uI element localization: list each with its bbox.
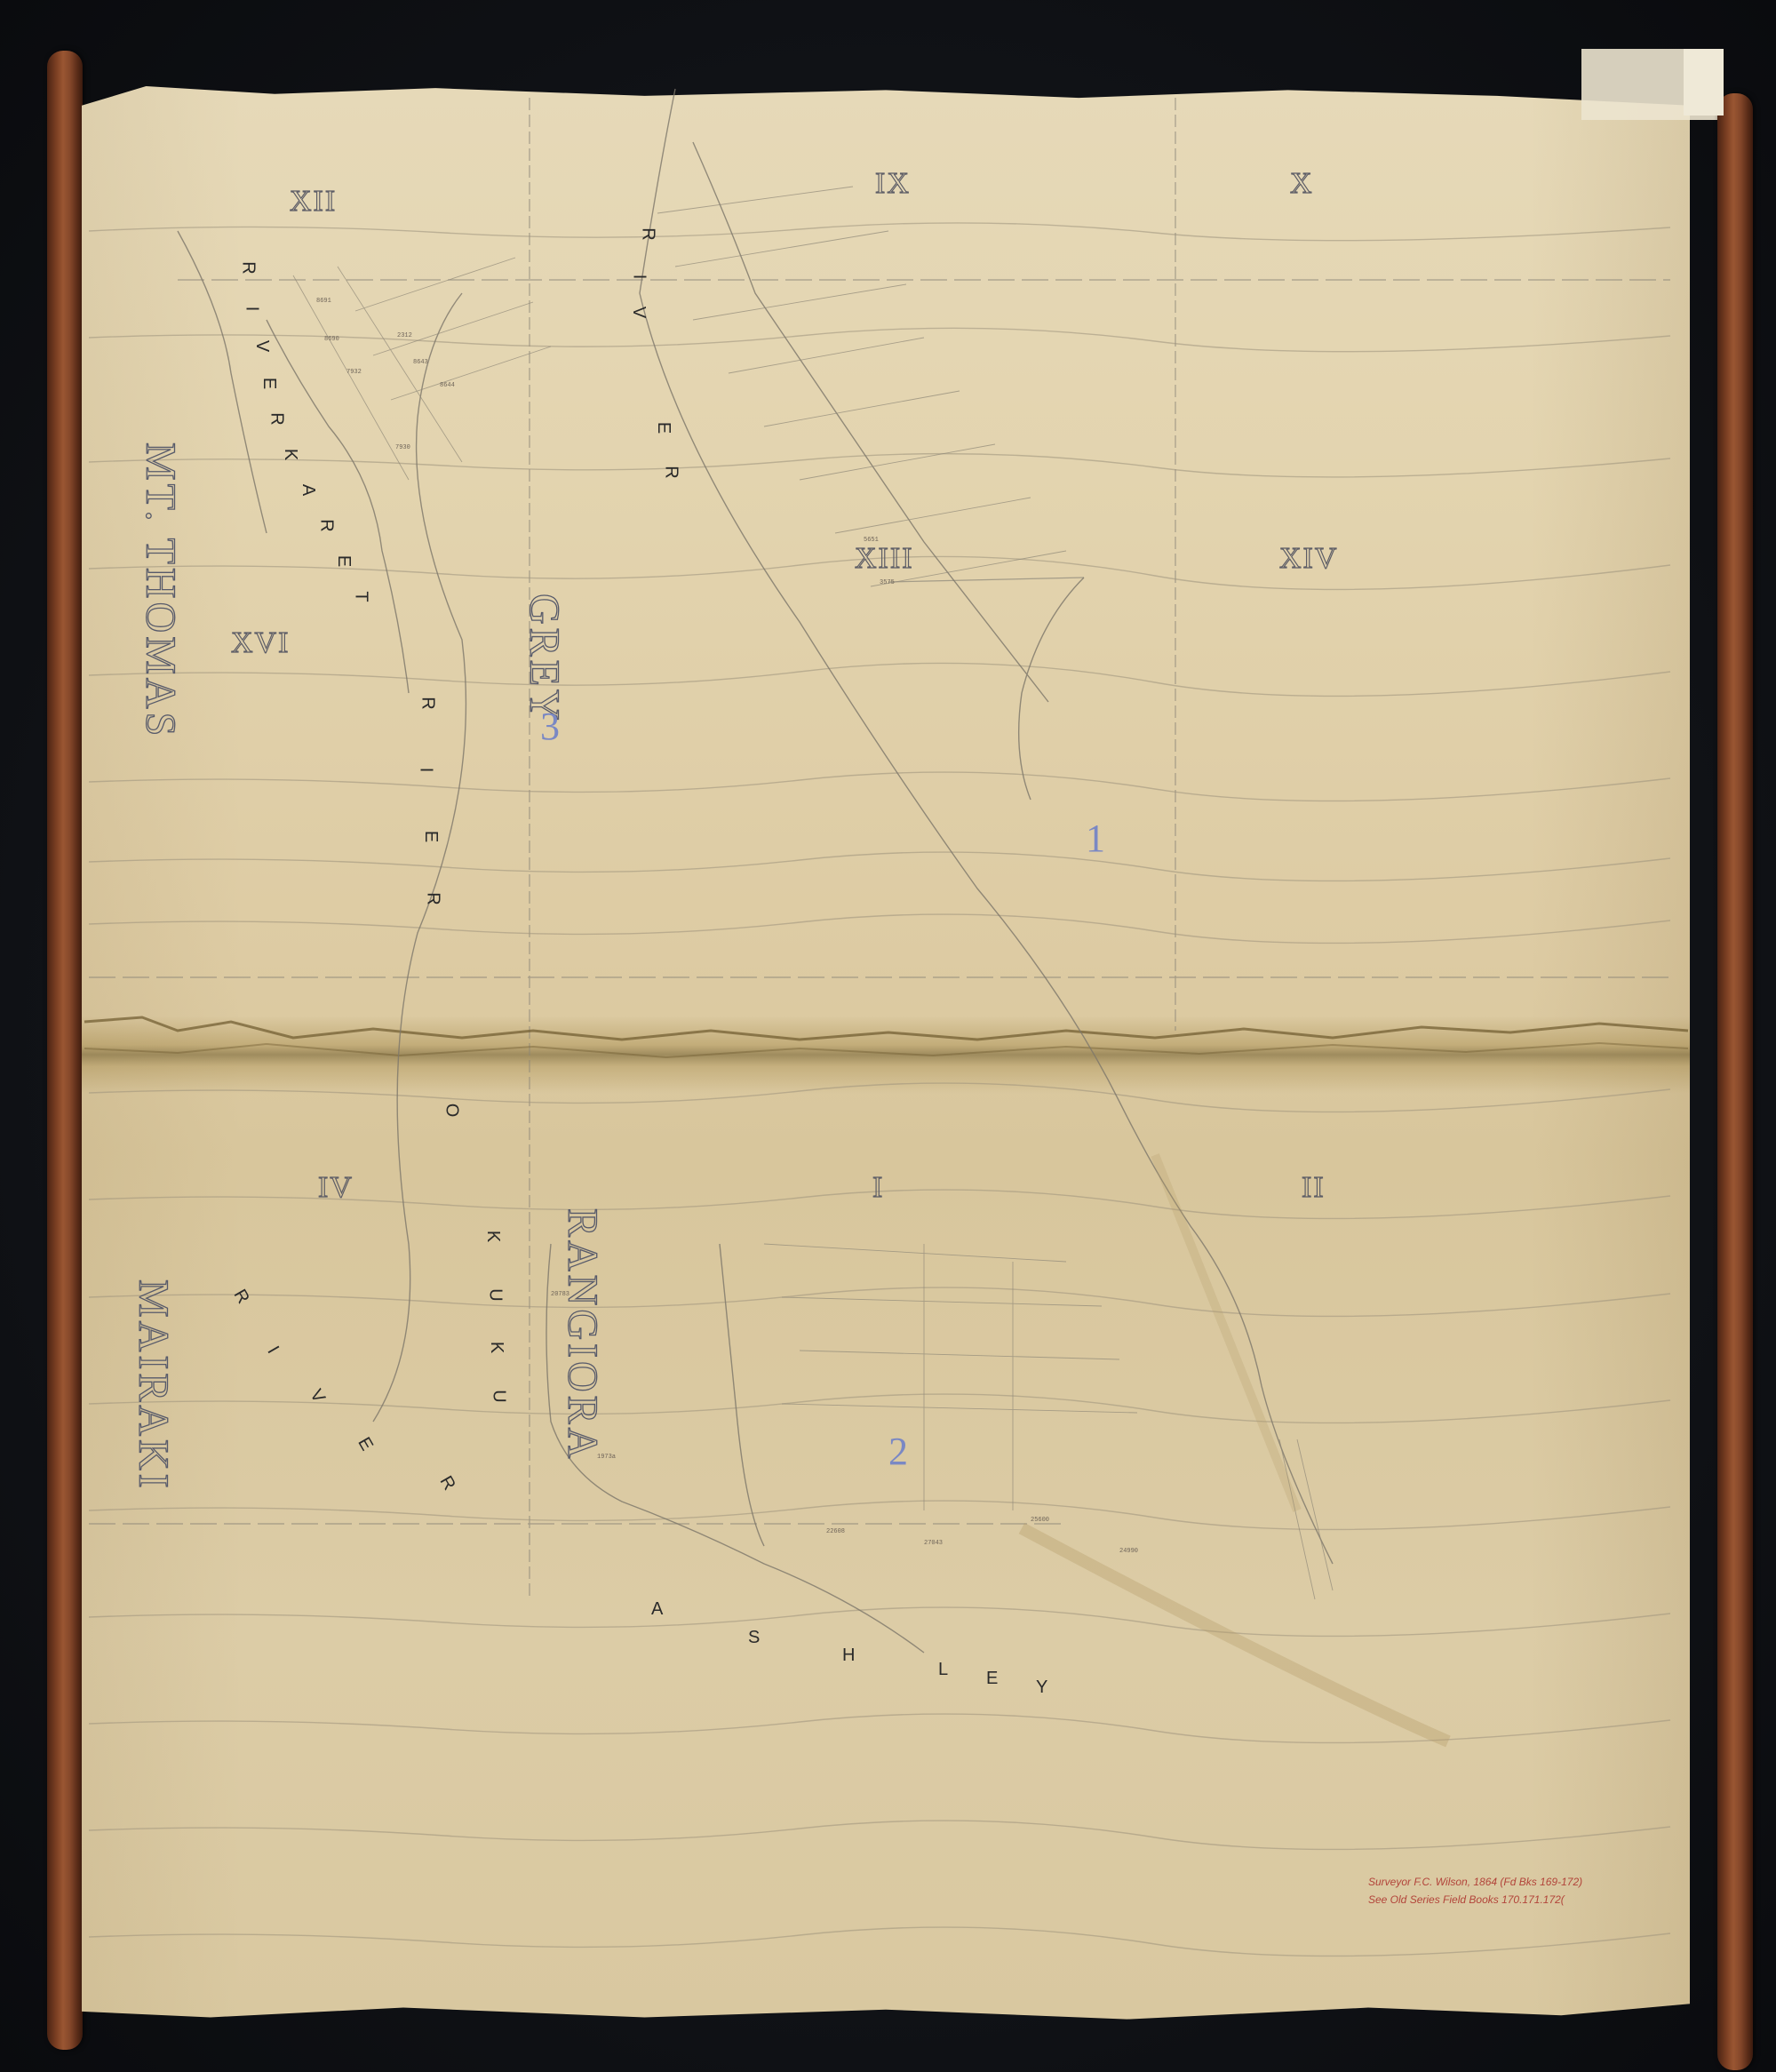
block-label-ix: IX bbox=[875, 167, 911, 201]
section-number: 25600 bbox=[1031, 1517, 1049, 1524]
river-letter: I bbox=[241, 307, 261, 312]
block-label-iv: IV bbox=[318, 1171, 354, 1205]
section-number: 2312 bbox=[397, 332, 412, 339]
section-number: 3575 bbox=[880, 579, 895, 586]
section-number: 8644 bbox=[440, 382, 455, 389]
river-letter: T bbox=[351, 591, 371, 602]
sheet-number-2: 2 bbox=[888, 1429, 910, 1474]
river-letter: R bbox=[418, 697, 438, 709]
river-letter: I bbox=[415, 768, 435, 773]
river-letter: V bbox=[628, 307, 649, 318]
river-letter: R bbox=[238, 261, 259, 274]
river-letter: K bbox=[280, 449, 300, 460]
river-letter: R bbox=[267, 412, 287, 425]
sheet-number-1: 1 bbox=[1086, 816, 1107, 861]
section-number: 7930 bbox=[395, 444, 410, 451]
river-letter: E bbox=[986, 1669, 998, 1689]
section-number: 7932 bbox=[346, 369, 362, 376]
river-letter: R bbox=[638, 227, 658, 240]
block-label-x: X bbox=[1290, 167, 1314, 201]
river-letter: R bbox=[661, 466, 681, 478]
block-label-xiv: XIV bbox=[1279, 542, 1338, 576]
section-number: 8643 bbox=[413, 359, 428, 366]
river-letter: A bbox=[651, 1599, 663, 1620]
block-label-xvi: XVI bbox=[231, 626, 290, 660]
river-letter: Y bbox=[1036, 1678, 1047, 1698]
river-letter: K bbox=[486, 1342, 506, 1353]
river-letter: L bbox=[938, 1660, 948, 1680]
block-label-xii: XII bbox=[290, 185, 337, 219]
section-number: 8691 bbox=[316, 298, 331, 305]
river-letter: I bbox=[628, 275, 649, 280]
river-letter: E bbox=[259, 378, 279, 389]
section-number: 1973a bbox=[597, 1454, 616, 1461]
river-letter: E bbox=[420, 831, 441, 842]
river-letter: O bbox=[441, 1104, 461, 1118]
river-letter: A bbox=[298, 484, 318, 496]
section-number: 5651 bbox=[864, 537, 879, 544]
river-letter: S bbox=[748, 1628, 760, 1648]
block-label-ii: II bbox=[1302, 1171, 1326, 1205]
river-letter: E bbox=[333, 555, 354, 567]
river-letter: E bbox=[653, 422, 673, 434]
river-letter: U bbox=[489, 1390, 509, 1402]
section-number: 20783 bbox=[551, 1291, 569, 1298]
river-letter: H bbox=[842, 1646, 855, 1666]
river-letter: V bbox=[251, 340, 272, 352]
sheet-number-3: 3 bbox=[540, 704, 561, 749]
annotation-line-2: See Old Series Field Books 170.171.172( bbox=[1368, 1891, 1582, 1909]
annotation-line-1: Surveyor F.C. Wilson, 1864 (Fd Bks 169-1… bbox=[1368, 1873, 1582, 1891]
surveyor-annotation: Surveyor F.C. Wilson, 1864 (Fd Bks 169-1… bbox=[1368, 1873, 1582, 1909]
section-number: 24990 bbox=[1119, 1548, 1138, 1555]
river-letter: U bbox=[485, 1288, 506, 1301]
section-number: 22608 bbox=[826, 1528, 845, 1535]
district-label-mt-thomas: MT. THOMAS bbox=[136, 442, 185, 739]
river-letter: R bbox=[316, 519, 337, 531]
river-letter: R bbox=[423, 892, 443, 905]
river-letter: K bbox=[482, 1231, 503, 1242]
map-linework bbox=[0, 0, 1776, 2072]
district-label-rangiora: RANGIORA bbox=[558, 1208, 607, 1462]
section-number: 8690 bbox=[324, 336, 339, 343]
district-label-mairaki: MAIRAKI bbox=[129, 1279, 178, 1492]
section-number: 27043 bbox=[924, 1540, 943, 1547]
block-label-xiii: XIII bbox=[855, 542, 914, 576]
block-label-i: I bbox=[872, 1171, 884, 1205]
